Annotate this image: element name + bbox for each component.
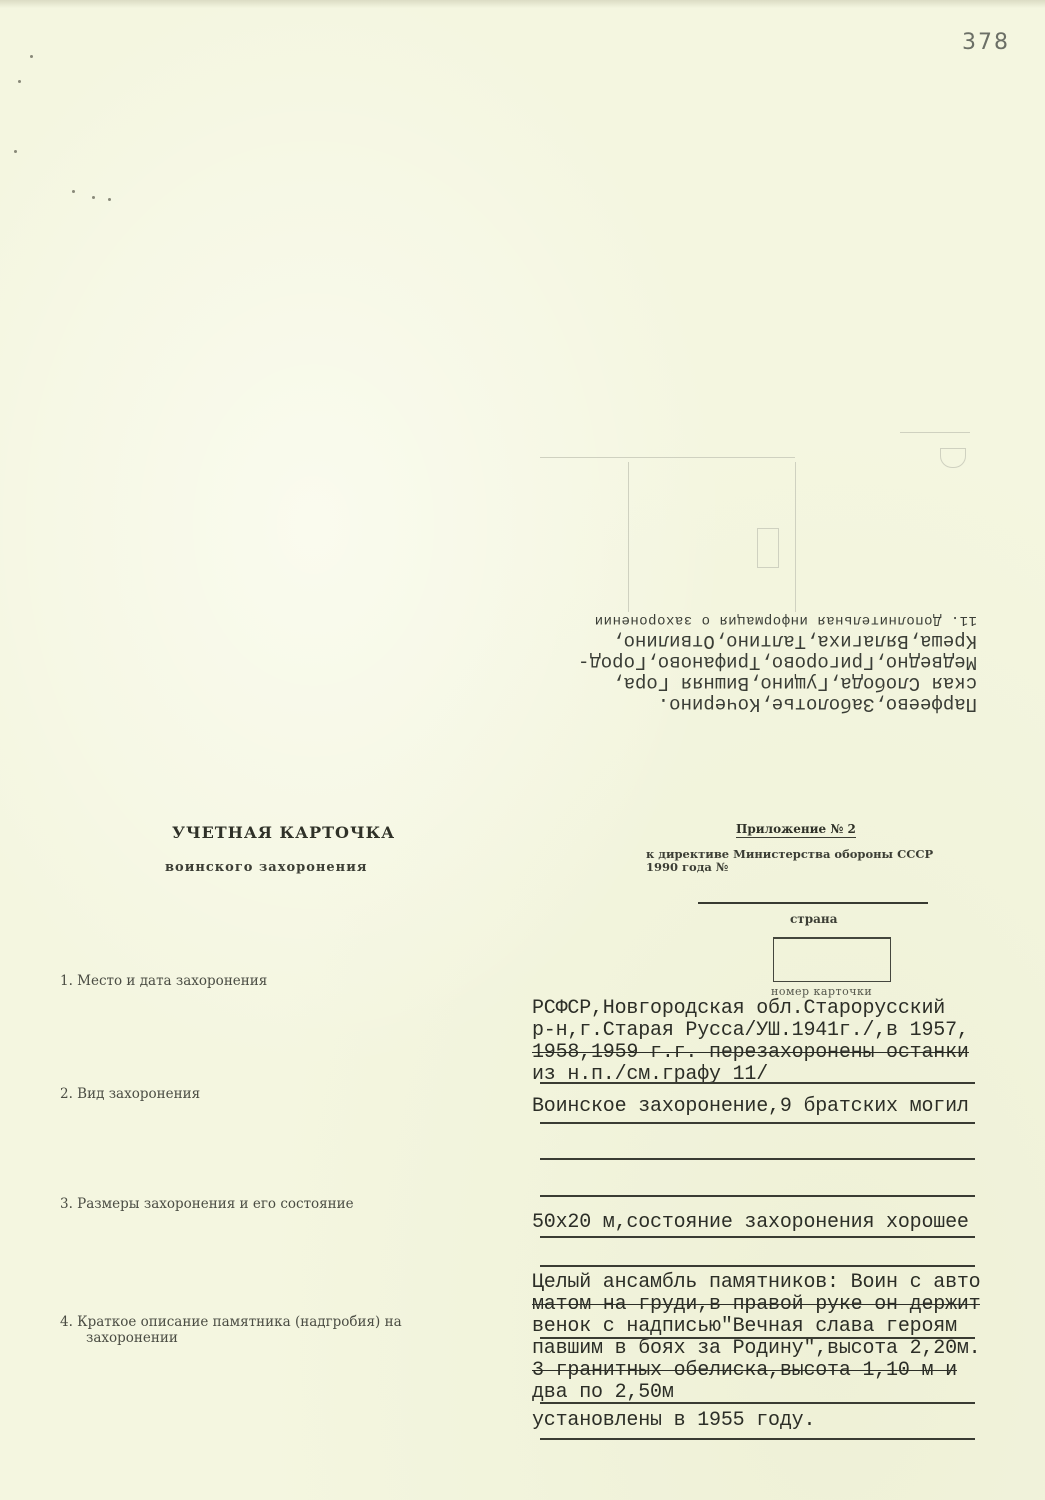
field-4-line-text: матом на груди,в правой руке он держит	[532, 1293, 980, 1316]
field-1-line: РСФСР,Новгородская обл.Старорусский	[532, 998, 969, 1020]
field-4-line: матом на груди,в правой руке он держит	[532, 1294, 980, 1316]
field-1-line: р-н,г.Старая Русса/УШ.1941г./,в 1957,	[532, 1020, 969, 1042]
field-2-value[interactable]: Воинское захоронение,9 братских могил	[532, 1096, 969, 1118]
handwritten-page-number: 378	[962, 30, 1010, 55]
section-11-line: Медведно,Григорово,Трифаново,Город-	[537, 651, 977, 672]
scan-speck	[92, 196, 95, 199]
field-4-line: 3 гранитных обелиска,высота 1,10 м и	[532, 1360, 980, 1382]
field-1-rule	[540, 1082, 975, 1084]
section-11-line: Парфеево,Заболотье,Кочерино.	[537, 693, 977, 714]
field-4-rule	[540, 1337, 975, 1339]
scan-speck	[18, 80, 21, 83]
field-3-rule	[540, 1236, 975, 1238]
scan-speck	[14, 150, 17, 153]
section-11-title: 11. Дополнительная информация о захороне…	[537, 612, 977, 628]
field-2-label: 2. Вид захоронения	[60, 1086, 200, 1102]
field-4-label-line: захоронении	[60, 1330, 402, 1346]
directive-reference: к директиве Министерства обороны СССР 19…	[646, 848, 933, 874]
ghost-line	[628, 462, 629, 612]
scan-speck	[72, 190, 75, 193]
ghost-line	[795, 462, 796, 612]
section-11-additional-info: Парфеево,Заболотье,Кочерино. ская Слобод…	[537, 612, 977, 714]
scan-top-edge	[0, 0, 1045, 8]
field-4-label-line: 4. Краткое описание памятника (надгробия…	[60, 1314, 402, 1330]
ghost-line	[540, 457, 795, 458]
field-3-value[interactable]: 50х20 м,состояние захоронения хорошее	[532, 1212, 969, 1234]
field-1-line: 1958,1959 г.г. перезахоронены останки	[532, 1042, 969, 1064]
field-4-rule	[540, 1402, 975, 1404]
country-field[interactable]	[698, 902, 928, 904]
field-4-line-text: 3 гранитных обелиска,высота 1,10 м и	[532, 1359, 957, 1382]
ghost-line	[900, 432, 970, 433]
field-3-label: 3. Размеры захоронения и его состояние	[60, 1196, 354, 1212]
field-4-line: павшим в боях за Родину",высота 2,20м.	[532, 1338, 980, 1360]
field-2-rule	[540, 1158, 975, 1160]
card-subtitle: воинского захоронения	[165, 860, 367, 875]
scan-speck	[108, 198, 111, 201]
appendix-label: Приложение № 2	[736, 822, 856, 838]
field-4-line: венок с надписью"Вечная слава героям	[532, 1316, 980, 1338]
scan-speck	[30, 55, 33, 58]
field-4-line: Целый ансамбль памятников: Воин с авто	[532, 1272, 980, 1294]
field-1-line-text: 1958,1959 г.г. перезахоронены останки	[532, 1041, 969, 1064]
card-title: УЧЕТНАЯ КАРТОЧКА	[172, 823, 395, 842]
country-label: страна	[790, 912, 837, 926]
field-1-value[interactable]: РСФСР,Новгородская обл.Старорусский р-н,…	[532, 998, 969, 1086]
field-4-value[interactable]: Целый ансамбль памятников: Воин с авто м…	[532, 1272, 980, 1432]
card-number-field[interactable]	[773, 937, 891, 982]
field-4-label: 4. Краткое описание памятника (надгробия…	[60, 1314, 402, 1346]
field-4-rule	[540, 1438, 975, 1440]
field-1-label: 1. Место и дата захоронения	[60, 973, 267, 989]
field-4-rule	[540, 1265, 975, 1267]
ghost-circle	[940, 448, 966, 468]
section-11-line: ская Слобода,Гущино,Вишняя Гора,	[537, 672, 977, 693]
ghost-box	[757, 528, 779, 568]
directive-line-2: 1990 года №	[646, 861, 933, 874]
field-2-rule	[540, 1122, 975, 1124]
field-4-line: два по 2,50м	[532, 1382, 980, 1404]
section-11-line: Креша,Вялагиха,Талтино,Отвилино,	[537, 630, 977, 651]
field-2-rule	[540, 1195, 975, 1197]
field-4-line: установлены в 1955 году.	[532, 1410, 980, 1432]
